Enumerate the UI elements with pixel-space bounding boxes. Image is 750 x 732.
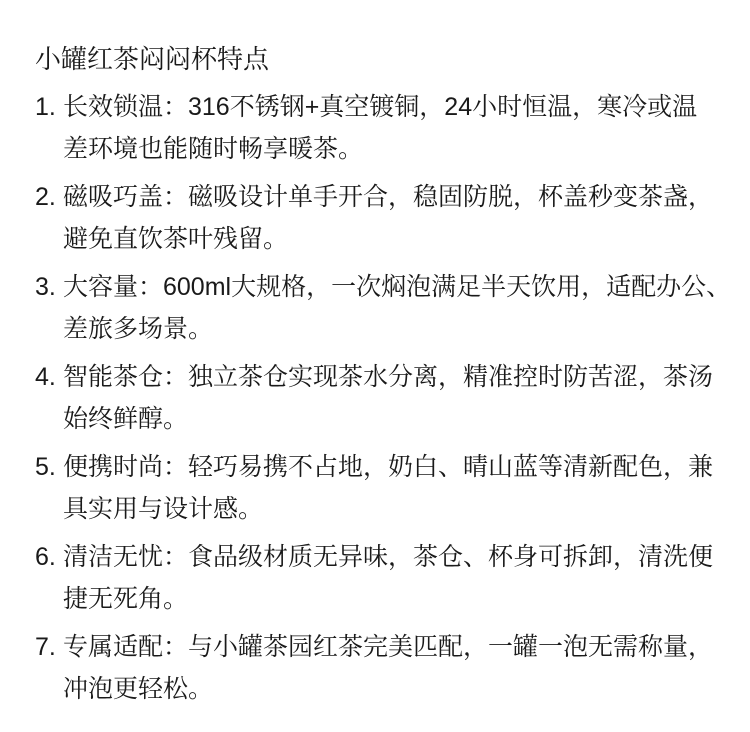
feature-line-continuation: 差环境也能随时畅享暖茶。 bbox=[35, 128, 742, 170]
feature-text: 大容量：600ml大规格，一次焖泡满足半天饮用，适配办公、 bbox=[63, 273, 731, 301]
feature-number: 2. bbox=[35, 176, 63, 218]
feature-text: 智能茶仓：独立茶仓实现茶水分离，精准控时防苦涩，茶汤 bbox=[63, 363, 713, 391]
feature-number: 7. bbox=[35, 626, 63, 668]
feature-number: 5. bbox=[35, 446, 63, 488]
feature-item-1: 1.长效锁温：316不锈钢+真空镀铜，24小时恒温，寒冷或温 差环境也能随时畅享… bbox=[35, 86, 742, 170]
page-title: 小罐红茶闷闷杯特点 bbox=[35, 38, 742, 80]
feature-line: 6.清洁无忧：食品级材质无异味，茶仓、杯身可拆卸，清洗便 bbox=[35, 536, 742, 578]
feature-item-2: 2.磁吸巧盖：磁吸设计单手开合，稳固防脱，杯盖秒变茶盏， 避免直饮茶叶残留。 bbox=[35, 176, 742, 260]
feature-item-6: 6.清洁无忧：食品级材质无异味，茶仓、杯身可拆卸，清洗便 捷无死角。 bbox=[35, 536, 742, 620]
feature-number: 6. bbox=[35, 536, 63, 578]
feature-line: 7.专属适配：与小罐茶园红茶完美匹配，一罐一泡无需称量， bbox=[35, 626, 742, 668]
feature-line-continuation: 冲泡更轻松。 bbox=[35, 668, 742, 710]
feature-item-3: 3.大容量：600ml大规格，一次焖泡满足半天饮用，适配办公、 差旅多场景。 bbox=[35, 266, 742, 350]
feature-line: 1.长效锁温：316不锈钢+真空镀铜，24小时恒温，寒冷或温 bbox=[35, 86, 742, 128]
product-feature-document: 小罐红茶闷闷杯特点 1.长效锁温：316不锈钢+真空镀铜，24小时恒温，寒冷或温… bbox=[0, 0, 750, 732]
feature-line-continuation: 避免直饮茶叶残留。 bbox=[35, 218, 742, 260]
feature-number: 4. bbox=[35, 356, 63, 398]
feature-line: 3.大容量：600ml大规格，一次焖泡满足半天饮用，适配办公、 bbox=[35, 266, 742, 308]
feature-number: 1. bbox=[35, 86, 63, 128]
feature-text: 便携时尚：轻巧易携不占地，奶白、晴山蓝等清新配色，兼 bbox=[63, 453, 713, 481]
feature-line-continuation: 差旅多场景。 bbox=[35, 308, 742, 350]
feature-text: 磁吸巧盖：磁吸设计单手开合，稳固防脱，杯盖秒变茶盏， bbox=[63, 183, 713, 211]
feature-line: 5.便携时尚：轻巧易携不占地，奶白、晴山蓝等清新配色，兼 bbox=[35, 446, 742, 488]
feature-line-continuation: 捷无死角。 bbox=[35, 578, 742, 620]
feature-text: 清洁无忧：食品级材质无异味，茶仓、杯身可拆卸，清洗便 bbox=[63, 543, 713, 571]
feature-line: 4.智能茶仓：独立茶仓实现茶水分离，精准控时防苦涩，茶汤 bbox=[35, 356, 742, 398]
feature-item-4: 4.智能茶仓：独立茶仓实现茶水分离，精准控时防苦涩，茶汤 始终鲜醇。 bbox=[35, 356, 742, 440]
feature-number: 3. bbox=[35, 266, 63, 308]
feature-text: 专属适配：与小罐茶园红茶完美匹配，一罐一泡无需称量， bbox=[63, 633, 713, 661]
feature-line: 2.磁吸巧盖：磁吸设计单手开合，稳固防脱，杯盖秒变茶盏， bbox=[35, 176, 742, 218]
feature-line-continuation: 始终鲜醇。 bbox=[35, 398, 742, 440]
feature-text: 长效锁温：316不锈钢+真空镀铜，24小时恒温，寒冷或温 bbox=[63, 93, 697, 121]
feature-line-continuation: 具实用与设计感。 bbox=[35, 488, 742, 530]
feature-item-5: 5.便携时尚：轻巧易携不占地，奶白、晴山蓝等清新配色，兼 具实用与设计感。 bbox=[35, 446, 742, 530]
feature-item-7: 7.专属适配：与小罐茶园红茶完美匹配，一罐一泡无需称量， 冲泡更轻松。 bbox=[35, 626, 742, 710]
